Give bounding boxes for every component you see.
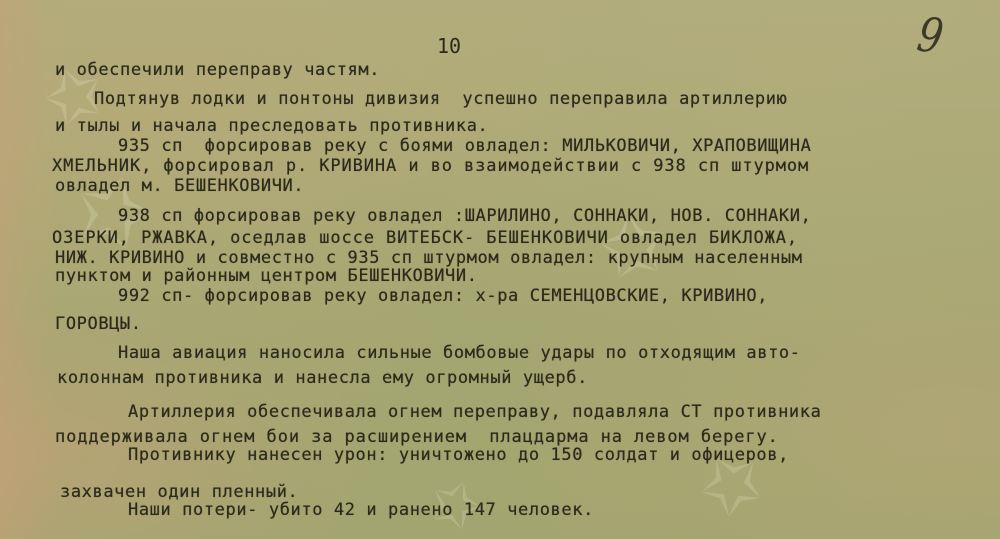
text-line: Наша авиация наносила сильные бомбовые у…	[118, 345, 801, 362]
text-line: ГОРОВЦЫ.	[55, 316, 142, 333]
text-line: пунктом и районным центром БЕШЕНКОВИЧИ.	[55, 268, 478, 285]
text-line: поддерживала огнем бои за расширением пл…	[55, 429, 779, 446]
typed-page-number: 10	[437, 34, 461, 58]
text-line: 938 сп форсировав реку овладел :ШАРИЛИНО…	[118, 208, 811, 225]
text-line: и тылы и начала преследовать противника.	[55, 118, 488, 135]
text-line: 935 сп форсировав реку с боями овладел: …	[118, 138, 811, 155]
text-line: и обеспечили переправу частям.	[55, 62, 380, 79]
text-line: ХМЕЛЬНИК, форсировал р. КРИВИНА и во вза…	[52, 158, 809, 175]
text-line: 992 сп- форсировав реку овладел: х-ра СЕ…	[118, 288, 768, 305]
text-line: Артиллерия обеспечивала огнем переправу,…	[128, 404, 821, 421]
text-line: Подтянув лодки и понтоны дивизия успешно…	[94, 91, 787, 108]
paper-edge-stain	[0, 0, 60, 539]
text-line: ОЗЕРКИ, РЖАВКА, оседлав шоссе ВИТЕБСК- Б…	[52, 230, 798, 247]
text-line: Противнику нанесен урон: уничтожено до 1…	[128, 447, 789, 464]
text-line: Наши потери- убито 42 и ранено 147 челов…	[128, 502, 594, 519]
text-line: НИЖ. КРИВИНО и совместно с 935 сп штурмо…	[55, 250, 803, 267]
text-line: овладел м. БЕШЕНКОВИЧИ.	[55, 178, 304, 195]
text-line: колоннам противника и нанесла ему огромн…	[57, 370, 588, 387]
handwritten-sheet-number: 9	[913, 6, 947, 65]
text-line: захвачен один пленный.	[60, 484, 298, 501]
archival-document-page: ✩ ✩ ✩ ✩ ✩ 10 9 и обеспечили переправу ча…	[0, 0, 1000, 539]
